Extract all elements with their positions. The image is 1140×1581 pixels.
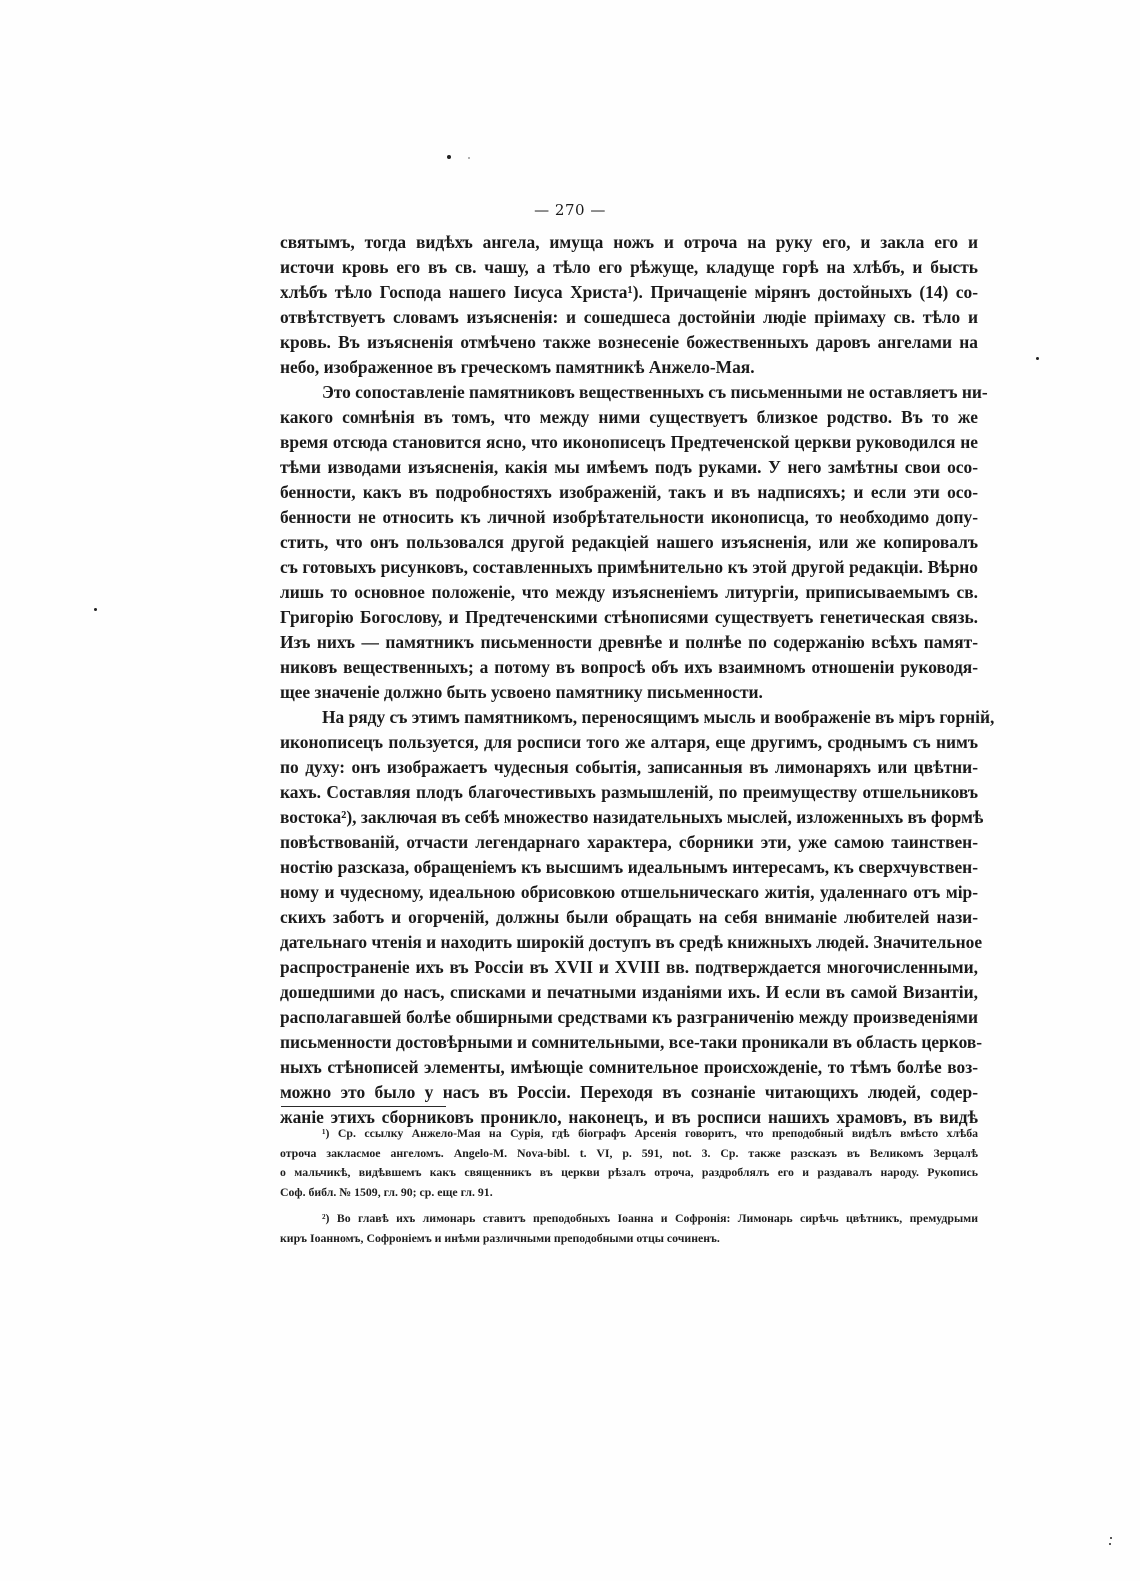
- text-line: Григорію Богослову, и Предтеченскими стѣ…: [280, 605, 978, 630]
- footnotes: ¹) Ср. ссылку Анжело-Мая на Сурія, гдѣ б…: [280, 1124, 978, 1255]
- paragraph-3: На ряду съ этимъ памятникомъ, переносящи…: [280, 705, 978, 1130]
- text-line: письменности достовѣрными и сомнительным…: [280, 1030, 978, 1055]
- text-line: никовъ вещественныхъ; а потому въ вопрос…: [280, 655, 978, 680]
- text-line: иконописецъ пользуется, для росписи того…: [280, 730, 978, 755]
- text-line: можно это было у насъ въ Россіи. Переход…: [280, 1080, 978, 1105]
- text-line: дательнаго чтенія и находить широкій дос…: [280, 930, 978, 955]
- text-line: Это сопоставленіе памятниковъ вещественн…: [280, 380, 978, 405]
- scanned-book-page: — 270 — святымъ, тогда видѣхъ ангела, им…: [0, 0, 1140, 1581]
- footnote-divider: [281, 1106, 446, 1107]
- text-line: стить, что онъ пользовался другой редакц…: [280, 530, 978, 555]
- text-line: щее значеніе должно быть усвоено памятни…: [280, 680, 978, 705]
- scan-speck: [94, 608, 97, 611]
- text-line: время отсюда становится ясно, что иконоп…: [280, 430, 978, 455]
- text-line: располагавшей болѣе обширными средствами…: [280, 1005, 978, 1030]
- text-line: бенности, какъ въ подробностяхъ изображе…: [280, 480, 978, 505]
- text-line: святымъ, тогда видѣхъ ангела, имуща ножъ…: [280, 230, 978, 255]
- paragraph-2: Это сопоставленіе памятниковъ вещественн…: [280, 380, 978, 705]
- text-line: Изъ нихъ — памятникъ письменности древнѣ…: [280, 630, 978, 655]
- scan-speck: [1110, 1537, 1112, 1539]
- body-text: святымъ, тогда видѣхъ ангела, имуща ножъ…: [280, 230, 978, 1130]
- paragraph-1: святымъ, тогда видѣхъ ангела, имуща ножъ…: [280, 230, 978, 380]
- footnote-line: о мальчикѣ, видѣвшемъ какъ священникъ въ…: [280, 1163, 978, 1183]
- text-line: На ряду съ этимъ памятникомъ, переносящи…: [280, 705, 978, 730]
- text-line: дошедшими до насъ, списками и печатными …: [280, 980, 978, 1005]
- text-line: востока²), заключая въ себѣ множество на…: [280, 805, 978, 830]
- scan-speck: [1109, 1543, 1111, 1545]
- scan-speck: [447, 155, 451, 159]
- footnote-line: киръ Іоанномъ, Софроніемъ и инѣми различ…: [280, 1229, 978, 1249]
- text-line: отвѣтствуетъ словамъ изъясненія: и сошед…: [280, 305, 978, 330]
- text-line: источи кровь его въ св. чашу, а тѣло его…: [280, 255, 978, 280]
- text-line: кахъ. Составляя плодъ благочестивыхъ раз…: [280, 780, 978, 805]
- text-line: ному и чудесному, идеальною обрисовкою о…: [280, 880, 978, 905]
- text-line: небо, изображенное въ греческомъ памятни…: [280, 355, 978, 380]
- scan-speck: [1036, 357, 1039, 360]
- footnote-1: ¹) Ср. ссылку Анжело-Мая на Сурія, гдѣ б…: [280, 1124, 978, 1202]
- text-line: по духу: онъ изображаетъ чудесныя событі…: [280, 755, 978, 780]
- text-line: хлѣбъ тѣло Господа нашего Іисуса Христа¹…: [280, 280, 978, 305]
- text-line: повѣствованій, отчасти легендарнаго хара…: [280, 830, 978, 855]
- text-line: распространеніе ихъ въ Россіи въ XVII и …: [280, 955, 978, 980]
- footnote-line: ²) Во главѣ ихъ лимонарь ставитъ преподо…: [280, 1209, 978, 1229]
- text-line: кровь. Въ изъясненія отмѣчено также возн…: [280, 330, 978, 355]
- text-line: съ готовыхъ рисунковъ, составленныхъ при…: [280, 555, 978, 580]
- text-line: бенности не относить къ личной изобрѣтат…: [280, 505, 978, 530]
- scan-speck: [468, 157, 470, 159]
- text-line: ностію разсказа, обращеніемъ къ высшимъ …: [280, 855, 978, 880]
- footnote-line: ¹) Ср. ссылку Анжело-Мая на Сурія, гдѣ б…: [280, 1124, 978, 1144]
- footnote-2: ²) Во главѣ ихъ лимонарь ставитъ преподо…: [280, 1209, 978, 1248]
- text-line: скихъ заботъ и огорченій, должны были об…: [280, 905, 978, 930]
- footnote-line: отроча закласмое ангеломъ. Angelo-M. Nov…: [280, 1144, 978, 1164]
- footnote-line: Соф. библ. № 1509, гл. 90; ср. еще гл. 9…: [280, 1183, 978, 1203]
- text-line: лишь то основное положеніе, что между из…: [280, 580, 978, 605]
- page-number: — 270 —: [0, 201, 1140, 219]
- text-line: ныхъ стѣнописей элементы, имѣющіе сомнит…: [280, 1055, 978, 1080]
- text-line: какого сомнѣнія въ томъ, что между ними …: [280, 405, 978, 430]
- text-line: тѣми изводами изъясненія, какія мы имѣем…: [280, 455, 978, 480]
